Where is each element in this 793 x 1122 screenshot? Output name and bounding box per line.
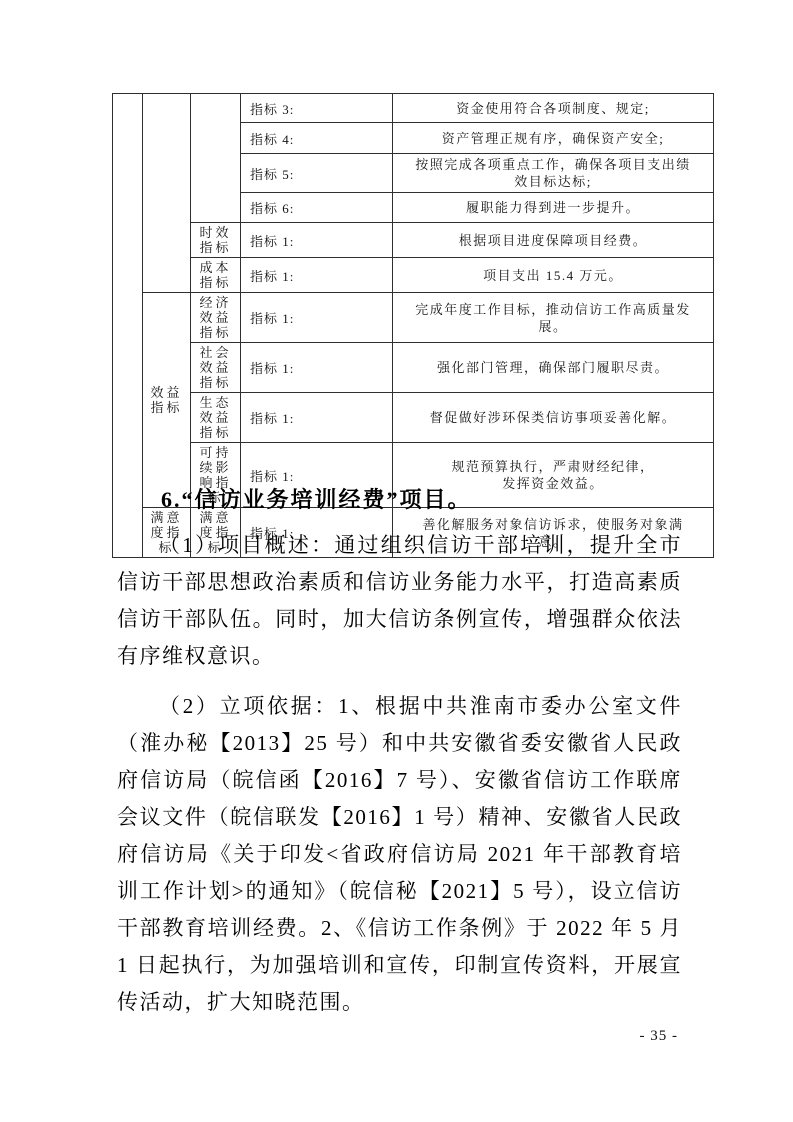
paragraph-project-basis: （2）立项依据：1、根据中共淮南市委办公室文件（淮办秘【2013】25 号）和中… [117,688,682,1021]
paragraph-project-overview: （1）项目概述：通过组织信访干部培训，提升全市信访干部思想政治素质和信访业务能力… [117,527,682,675]
sub-indicator-cell: 社会效益指标 [191,343,241,393]
indicator-label-cell: 指标 1: [241,393,393,443]
table-row: 效益指标 经济效益指标 指标 1: 完成年度工作目标，推动信访工作高质量发 展。 [113,293,714,343]
indicator-desc-cell: 根据项目进度保障项目经费。 [393,223,714,258]
table-row: 指标 3: 资金使用符合各项制度、规定; [113,94,714,123]
indicator-desc-cell: 资金使用符合各项制度、规定; [393,94,714,123]
section-heading: 6.“信访业务培训经费”项目。 [117,486,682,514]
sub-indicator-cell: 经济效益指标 [191,293,241,343]
indicator-label-cell: 指标 4: [241,123,393,154]
document-page: 指标 3: 资金使用符合各项制度、规定; 指标 4: 资产管理正规有序，确保资产… [0,0,793,1122]
indicator-desc-cell: 履职能力得到进一步提升。 [393,193,714,223]
indicator-label-cell: 指标 1: [241,293,393,343]
sub-indicator-cell: 时效指标 [191,223,241,258]
table-row: 时效指标 指标 1: 根据项目进度保障项目经费。 [113,223,714,258]
indicator-label-cell: 指标 6: [241,193,393,223]
sub-indicator-cell: 成本指标 [191,258,241,293]
indicator-desc-cell: 强化部门管理，确保部门履职尽责。 [393,343,714,393]
table-row: 成本指标 指标 1: 项目支出 15.4 万元。 [113,258,714,293]
group-label-cell-benefit: 效益指标 [143,293,191,508]
indicator-label-cell: 指标 1: [241,223,393,258]
indicator-label-cell: 指标 3: [241,94,393,123]
body-text-block: 6.“信访业务培训经费”项目。 （1）项目概述：通过组织信访干部培训，提升全市信… [117,486,682,1021]
indicator-label-cell: 指标 5: [241,154,393,193]
group-label-cell-empty [143,94,191,293]
indicator-desc-cell: 督促做好涉环保类信访事项妥善化解。 [393,393,714,443]
indicator-label-cell: 指标 1: [241,258,393,293]
table-row: 生态效益指标 指标 1: 督促做好涉环保类信访事项妥善化解。 [113,393,714,443]
page-number: - 35 - [112,1028,678,1045]
sub-indicator-cell: 生态效益指标 [191,393,241,443]
table-row: 社会效益指标 指标 1: 强化部门管理，确保部门履职尽责。 [113,343,714,393]
indicator-desc-cell: 资产管理正规有序，确保资产安全; [393,123,714,154]
indicator-desc-cell: 项目支出 15.4 万元。 [393,258,714,293]
indicator-label-cell: 指标 1: [241,343,393,393]
indicator-desc-cell: 完成年度工作目标，推动信访工作高质量发 展。 [393,293,714,343]
indicator-desc-cell: 按照完成各项重点工作，确保各项目支出绩 效目标达标; [393,154,714,193]
sub-indicator-cell-empty [191,94,241,223]
